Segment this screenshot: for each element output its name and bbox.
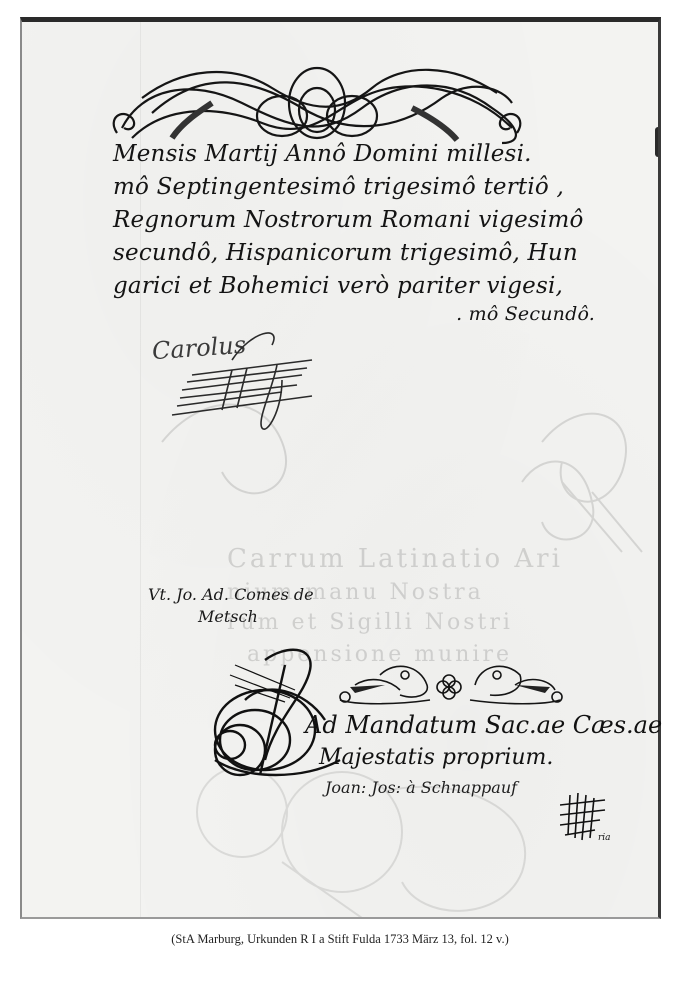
charter-text-line: Mensis Martij Annô Domini millesi.	[113, 138, 613, 171]
signature-scribble-icon	[132, 320, 332, 435]
charter-text-line: Regnorum Nostrorum Romani vigesimô	[113, 204, 613, 237]
calligraphic-flourish-icon	[102, 48, 532, 148]
birds-ornament-icon	[335, 655, 565, 710]
signature-mark-icon: ria	[560, 790, 615, 845]
charter-text-line: secundô, Hispanicorum trigesimô, Hun	[113, 237, 613, 270]
mandate-line: Majestatis proprium.	[305, 742, 662, 774]
mandate-line: Ad Mandatum Sac.ae Cæs.ae	[305, 708, 662, 742]
countersignature: Vt. Jo. Ad. Comes de Metsch	[148, 584, 314, 628]
bleed-through-text: Carrum Latinatio Ari	[227, 544, 563, 574]
source-caption: (StA Marburg, Urkunden R I a Stift Fulda…	[0, 932, 680, 947]
page-edge-mark	[655, 127, 661, 157]
charter-text: Mensis Martij Annô Domini millesi. mô Se…	[113, 138, 613, 325]
emperor-signature: Carolus	[132, 320, 332, 435]
charter-text-line: mô Septingentesimô trigesimô tertiô ,	[113, 171, 613, 204]
countersignature-line: Metsch	[148, 606, 314, 628]
mandate-block: Ad Mandatum Sac.ae Cæs.ae Majestatis pro…	[305, 708, 662, 802]
charter-text-line: garici et Bohemici verò pariter vigesi,	[113, 270, 613, 303]
svg-text:ria: ria	[598, 833, 611, 843]
countersignature-line: Vt. Jo. Ad. Comes de	[148, 584, 314, 606]
